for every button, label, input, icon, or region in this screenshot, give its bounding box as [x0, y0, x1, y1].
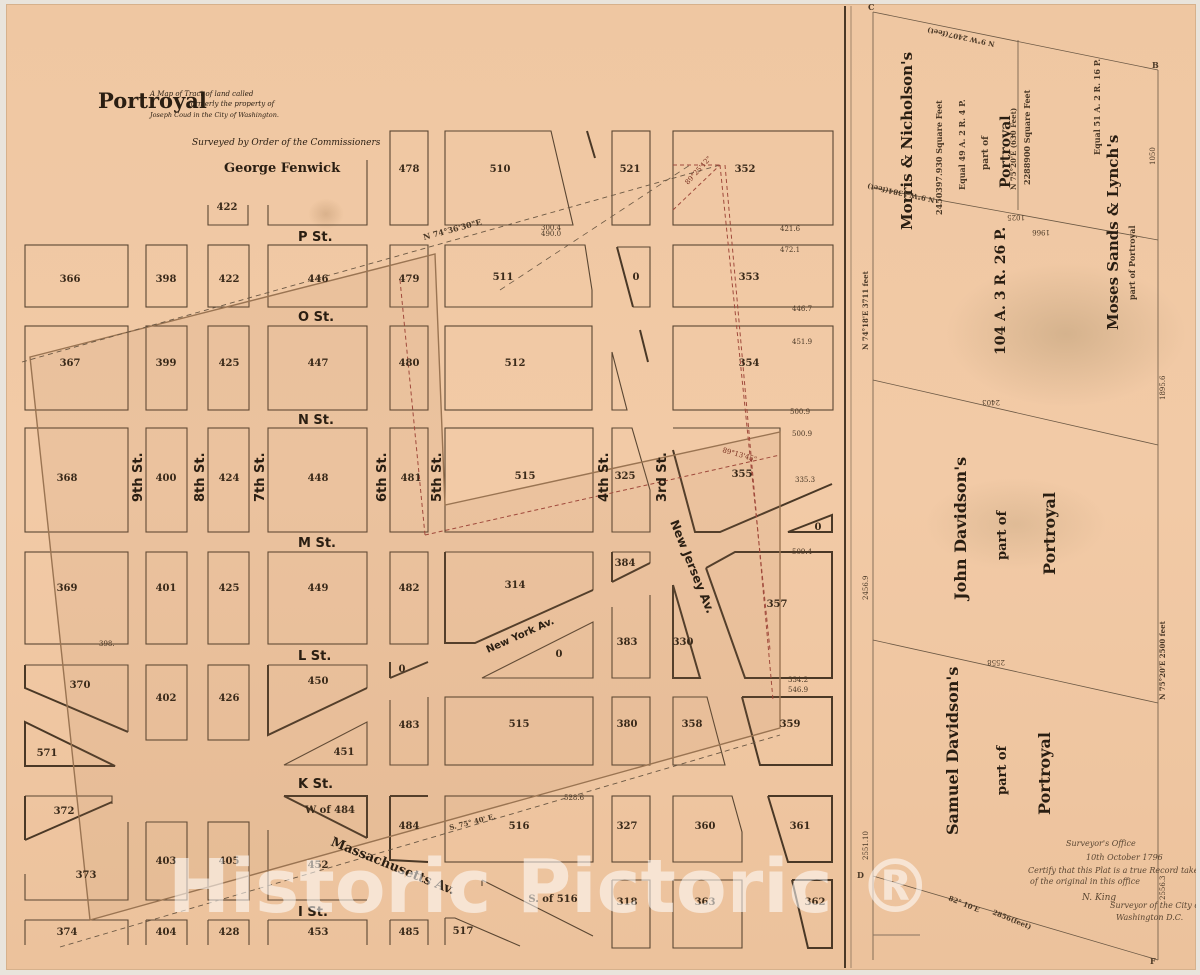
svg-text:330: 330: [673, 637, 694, 648]
svg-text:Equal 51 A. 2 R. 16 P.: Equal 51 A. 2 R. 16 P.: [1092, 59, 1102, 155]
svg-text:1050: 1050: [1149, 147, 1157, 165]
svg-text:424: 424: [219, 473, 240, 484]
svg-text:N 74°36'30"E: N 74°36'30"E: [422, 217, 483, 242]
svg-text:part of Portroyal: part of Portroyal: [1127, 225, 1137, 300]
svg-text:490.0: 490.0: [541, 230, 561, 238]
svg-text:N 75°20'E 2500 feet: N 75°20'E 2500 feet: [1158, 620, 1167, 700]
svg-text:2403: 2403: [982, 398, 1000, 406]
svg-text:0: 0: [815, 522, 822, 533]
svg-text:451.9: 451.9: [792, 338, 812, 346]
fifth-street-label: 5th St.: [430, 452, 445, 502]
svg-text:89°25'12": 89°25'12": [684, 155, 714, 187]
svg-text:Portroyal: Portroyal: [1035, 732, 1054, 815]
svg-text:515: 515: [509, 719, 530, 730]
svg-text:352: 352: [735, 164, 756, 175]
total-area-label: 104 A. 3 R. 26 P.: [993, 227, 1009, 355]
svg-text:479: 479: [399, 274, 420, 285]
svg-text:part of: part of: [995, 744, 1010, 795]
certification-note: Surveyor's Office 10th October 1796 Cert…: [1028, 839, 1196, 922]
svg-text:357: 357: [767, 599, 788, 610]
svg-text:327: 327: [617, 821, 638, 832]
svg-text:2456.9: 2456.9: [862, 576, 870, 601]
map-title: Portroyal A Map of Tract of land called …: [98, 88, 381, 176]
svg-text:Portroyal: Portroyal: [1040, 492, 1059, 575]
svg-text:N 74°18'E 3711 feet: N 74°18'E 3711 feet: [861, 270, 870, 350]
svg-text:part of: part of: [981, 135, 991, 170]
seventh-street-label: 7th St.: [253, 452, 268, 502]
fourth-street-label: 4th St.: [597, 452, 612, 502]
watermark: Historic Pictoric ®: [168, 844, 932, 930]
svg-text:2556.3: 2556.3: [1159, 876, 1167, 901]
svg-text:421.6: 421.6: [780, 225, 801, 233]
eighth-street-label: 8th St.: [193, 452, 208, 502]
svg-text:Equal 49 A. 2 R. 4 P.: Equal 49 A. 2 R. 4 P.: [957, 99, 967, 190]
svg-text:366: 366: [60, 274, 81, 285]
svg-text:2856(feet): 2856(feet): [991, 908, 1033, 932]
svg-text:383: 383: [617, 637, 638, 648]
svg-text:478: 478: [399, 164, 420, 175]
svg-text:1025: 1025: [1007, 213, 1025, 221]
svg-text:314: 314: [505, 580, 526, 591]
surveyor-name: George Fenwick: [224, 161, 341, 176]
svg-text:358: 358: [682, 719, 703, 730]
svg-text:formerly the property of: formerly the property of: [187, 100, 276, 108]
svg-text:0: 0: [633, 272, 640, 283]
svg-text:N 9°W 2407(feet): N 9°W 2407(feet): [926, 26, 995, 49]
svg-text:0: 0: [556, 649, 563, 660]
svg-text:399: 399: [156, 358, 177, 369]
svg-text:355: 355: [732, 469, 753, 480]
svg-text:359: 359: [780, 719, 801, 730]
svg-text:500.9: 500.9: [792, 430, 812, 438]
map-drawing: P St. O St. N St. M St. L St. K St. I St…: [6, 4, 1196, 970]
svg-text:481: 481: [401, 473, 422, 484]
svg-text:353: 353: [739, 272, 760, 283]
svg-text:370: 370: [70, 680, 91, 691]
svg-text:Joseph Coud in the City of Was: Joseph Coud in the City of Washington.: [148, 111, 279, 119]
svg-text:1895.6: 1895.6: [1159, 375, 1167, 400]
svg-text:367: 367: [60, 358, 81, 369]
svg-text:Washington D.C.: Washington D.C.: [1116, 913, 1183, 922]
svg-text:480: 480: [399, 358, 420, 369]
svg-text:401: 401: [156, 583, 177, 594]
svg-text:509.4: 509.4: [792, 548, 813, 556]
svg-text:335.3: 335.3: [795, 476, 815, 484]
svg-text:374: 374: [57, 927, 78, 938]
john-davidson-owner: John Davidson's: [951, 457, 970, 602]
svg-text:484: 484: [399, 821, 420, 832]
svg-text:372: 372: [54, 806, 75, 817]
svg-text:447: 447: [308, 358, 329, 369]
svg-text:425: 425: [219, 358, 240, 369]
o-street-label: O St.: [298, 310, 334, 325]
svg-text:A Map of Tract of land called: A Map of Tract of land called: [149, 90, 254, 98]
svg-text:82° 10'E: 82° 10'E: [947, 894, 981, 915]
morris-nicholson-owner: Morris & Nicholson's: [898, 52, 916, 230]
svg-text:F: F: [1150, 956, 1156, 966]
svg-text:546.9: 546.9: [788, 686, 808, 694]
svg-text:422: 422: [217, 202, 238, 213]
svg-text:510: 510: [490, 164, 511, 175]
svg-text:369: 369: [57, 583, 78, 594]
svg-text:483: 483: [399, 720, 420, 731]
svg-text:402: 402: [156, 693, 177, 704]
svg-text:426: 426: [219, 693, 240, 704]
svg-text:448: 448: [308, 473, 329, 484]
moses-sands-lynch-owner: Moses Sands & Lynch's: [1104, 135, 1122, 330]
svg-text:521: 521: [620, 164, 641, 175]
svg-text:Surveyed by Order of the Commi: Surveyed by Order of the Commissioners: [192, 138, 381, 148]
svg-text:400: 400: [156, 473, 177, 484]
svg-text:380: 380: [617, 719, 638, 730]
svg-text:W of 484: W of 484: [304, 805, 355, 816]
l-street-label: L St.: [298, 649, 331, 664]
svg-text:422: 422: [219, 274, 240, 285]
ninth-street-label: 9th St.: [131, 452, 146, 502]
svg-text:of the original in this office: of the original in this office: [1030, 877, 1140, 886]
svg-text:398: 398: [156, 274, 177, 285]
svg-text:B: B: [1152, 60, 1159, 70]
svg-text:Certify that this Plat is a tr: Certify that this Plat is a true Record …: [1028, 866, 1196, 875]
svg-text:361: 361: [790, 821, 811, 832]
svg-text:512: 512: [505, 358, 526, 369]
svg-text:354: 354: [739, 358, 760, 369]
svg-text:2288900 Square Feet: 2288900 Square Feet: [1022, 89, 1032, 185]
svg-text:1966: 1966: [1032, 228, 1050, 236]
svg-text:528.6: 528.6: [564, 794, 585, 802]
svg-text:368: 368: [57, 473, 78, 484]
m-street-label: M St.: [298, 536, 336, 551]
svg-text:451: 451: [334, 747, 355, 758]
svg-text:C: C: [868, 4, 874, 12]
svg-text:part of: part of: [995, 509, 1010, 560]
p-street-label: P St.: [298, 230, 333, 245]
svg-text:425: 425: [219, 583, 240, 594]
svg-text:10th October 1796: 10th October 1796: [1086, 853, 1163, 862]
svg-text:398.: 398.: [99, 640, 115, 648]
svg-text:450: 450: [308, 676, 329, 687]
k-street-label: K St.: [298, 777, 333, 792]
svg-text:482: 482: [399, 583, 420, 594]
svg-text:Surveyor of the City of: Surveyor of the City of: [1110, 901, 1196, 910]
svg-text:384: 384: [615, 558, 636, 569]
svg-text:0: 0: [399, 664, 406, 675]
svg-text:Surveyor's Office: Surveyor's Office: [1066, 839, 1136, 848]
right-panel-text: Morris & Nicholson's 2450397.930 Square …: [857, 4, 1167, 966]
svg-text:446.7: 446.7: [792, 305, 812, 313]
svg-text:373: 373: [76, 870, 97, 881]
svg-text:446: 446: [308, 274, 329, 285]
svg-text:334.2: 334.2: [788, 676, 808, 684]
svg-text:511: 511: [493, 272, 514, 283]
sixth-street-label: 6th St.: [375, 452, 390, 502]
svg-text:449: 449: [308, 583, 329, 594]
map-sheet: P St. O St. N St. M St. L St. K St. I St…: [6, 4, 1196, 970]
n-street-label: N St.: [298, 413, 334, 428]
svg-text:2558: 2558: [987, 658, 1005, 666]
svg-text:360: 360: [695, 821, 716, 832]
samuel-davidson-owner: Samuel Davidson's: [943, 667, 962, 835]
svg-text:571: 571: [37, 748, 58, 759]
svg-text:325: 325: [615, 471, 636, 482]
svg-text:N 75°20'E (630 Feet): N 75°20'E (630 Feet): [1009, 108, 1018, 190]
svg-text:500.9: 500.9: [790, 408, 810, 416]
svg-text:516: 516: [509, 821, 530, 832]
svg-text:472.1: 472.1: [780, 246, 800, 254]
third-street-label: 3rd St.: [655, 452, 670, 502]
svg-text:515: 515: [515, 471, 536, 482]
